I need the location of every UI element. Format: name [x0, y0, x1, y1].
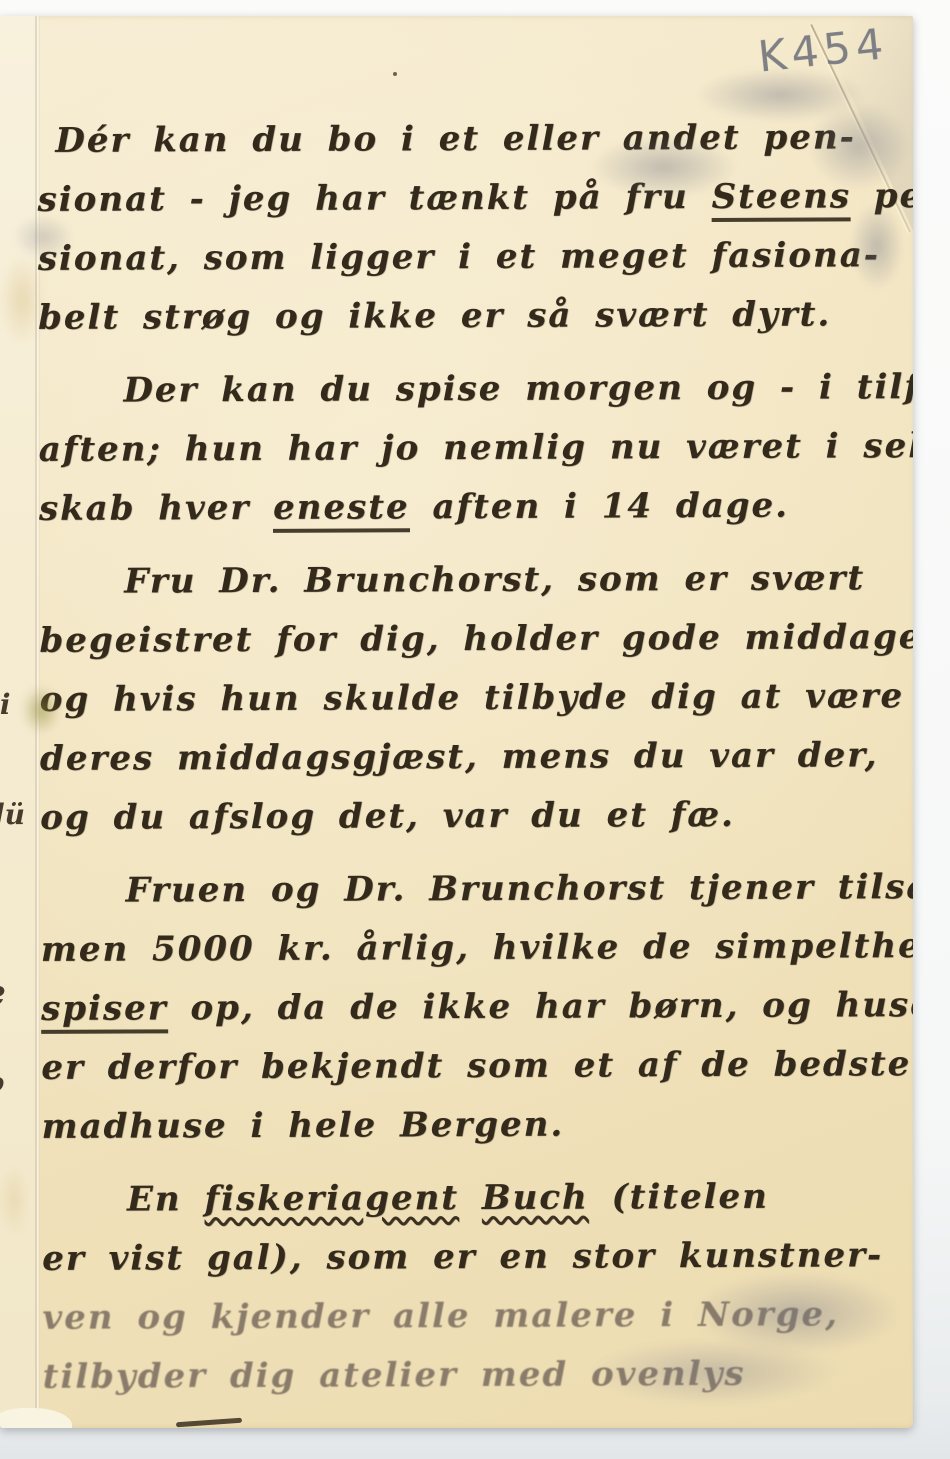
letter-line: aften; hun har jo nemlig nu været i sel- — [39, 417, 907, 480]
letter-line: men 5000 kr. årlig, hvilke de simpelthen — [41, 917, 909, 980]
letter-line: og hvis hun skulde tilbyde dig at være — [40, 667, 908, 730]
letter-text: er vist gal), som er en stor kunstner- — [42, 1235, 883, 1279]
ink-smudge — [590, 136, 738, 198]
paper-stain — [0, 254, 44, 346]
edge-ink-mark: o — [0, 1068, 4, 1098]
letter-text: og hvis hun skulde tilbyde dig at være — [40, 676, 905, 720]
paper-stain — [22, 686, 60, 734]
letter-line: madhuse i hele Bergen. — [41, 1094, 909, 1157]
letter-text: madhuse i hele Bergen. — [42, 1105, 565, 1147]
letter-line: Der kan du spise morgen og - i tilfælde — [38, 358, 906, 421]
letter-text: Fru Dr. Brunchorst, som er svært — [124, 558, 865, 601]
letter-text: En — [127, 1179, 205, 1219]
letter-line: Fru Dr. Brunchorst, som er svært — [39, 549, 907, 612]
letter-text: er derfor bekjendt som et af de bedste — [41, 1044, 911, 1088]
letter-text: men 5000 kr. årlig, hvilke de simpelthen — [41, 926, 913, 970]
letter-body: Dér kan du bo i et eller andet pen-siona… — [37, 108, 911, 1407]
letter-text: Fruen og Dr. Brunchorst tjener tilsam- — [125, 867, 913, 911]
letter-line: sionat, som ligger i et meget fasiona- — [38, 226, 906, 289]
edge-ink-mark: ti — [0, 688, 11, 721]
underlined-word: Buch — [482, 1178, 589, 1218]
edge-ink-mark: e — [0, 972, 6, 1014]
letter-text: begeistret for dig, holder gode middage, — [39, 617, 913, 661]
underlined-word: fiskeriagent — [204, 1178, 459, 1219]
letter-text: (titelen — [589, 1177, 769, 1218]
torn-paper-chip — [0, 1407, 73, 1428]
letter-page: K454 Dér kan du bo i et eller andet pen-… — [0, 16, 913, 1428]
letter-line: sionat - jeg har tænkt på fru Steens pen… — [37, 167, 905, 230]
letter-text: Dér kan du bo i et eller andet pen- — [55, 117, 856, 160]
letter-text: aften; hun har jo nemlig nu været i sel- — [39, 426, 913, 470]
letter-text: og du afslog det, var du et fæ. — [40, 795, 735, 838]
ink-smudge — [808, 102, 910, 190]
letter-line: deres middagsgjæst, mens du var der, — [40, 726, 908, 789]
letter-text: sionat, som ligger i et meget fasiona- — [38, 235, 880, 279]
letter-text: Der kan du spise morgen og - i tilfælde — [123, 367, 913, 411]
letter-text: aften i 14 dage. — [409, 486, 789, 528]
underlined-word: Steens — [711, 176, 851, 222]
letter-line: skab hver eneste aften i 14 dage. — [39, 476, 907, 539]
letter-text: deres middagsgjæst, mens du var der, — [40, 735, 879, 779]
underlined-word: spiser — [41, 988, 168, 1034]
ink-smudge — [12, 214, 74, 260]
letter-text: op, da de ikke har børn, og huset — [168, 985, 913, 1028]
letter-text: belt strøg og ikke er så svært dyrt. — [38, 294, 831, 337]
ink-speck — [393, 72, 397, 76]
letter-text — [459, 1178, 482, 1218]
letter-line: En fiskeriagent Buch (titelen — [42, 1167, 910, 1230]
ink-smudge — [588, 1338, 840, 1406]
edge-ink-mark: dü — [0, 798, 25, 831]
letter-line: spiser op, da de ikke har børn, og huset — [41, 976, 909, 1039]
scan-background: K454 Dér kan du bo i et eller andet pen-… — [0, 0, 950, 1459]
underlined-word: eneste — [273, 487, 410, 533]
paper-stain — [0, 1164, 28, 1236]
letter-line: Fruen og Dr. Brunchorst tjener tilsam- — [40, 858, 908, 921]
letter-text: skab hver — [39, 488, 273, 529]
letter-line: belt strøg og ikke er så svært dyrt. — [38, 285, 906, 348]
letter-line: og du afslog det, var du et fæ. — [40, 785, 908, 848]
letter-line: er derfor bekjendt som et af de bedste — [41, 1035, 909, 1098]
ink-smudge — [850, 202, 904, 290]
letter-line: begeistret for dig, holder gode middage, — [39, 608, 907, 671]
stray-ink-stroke — [176, 1418, 242, 1428]
